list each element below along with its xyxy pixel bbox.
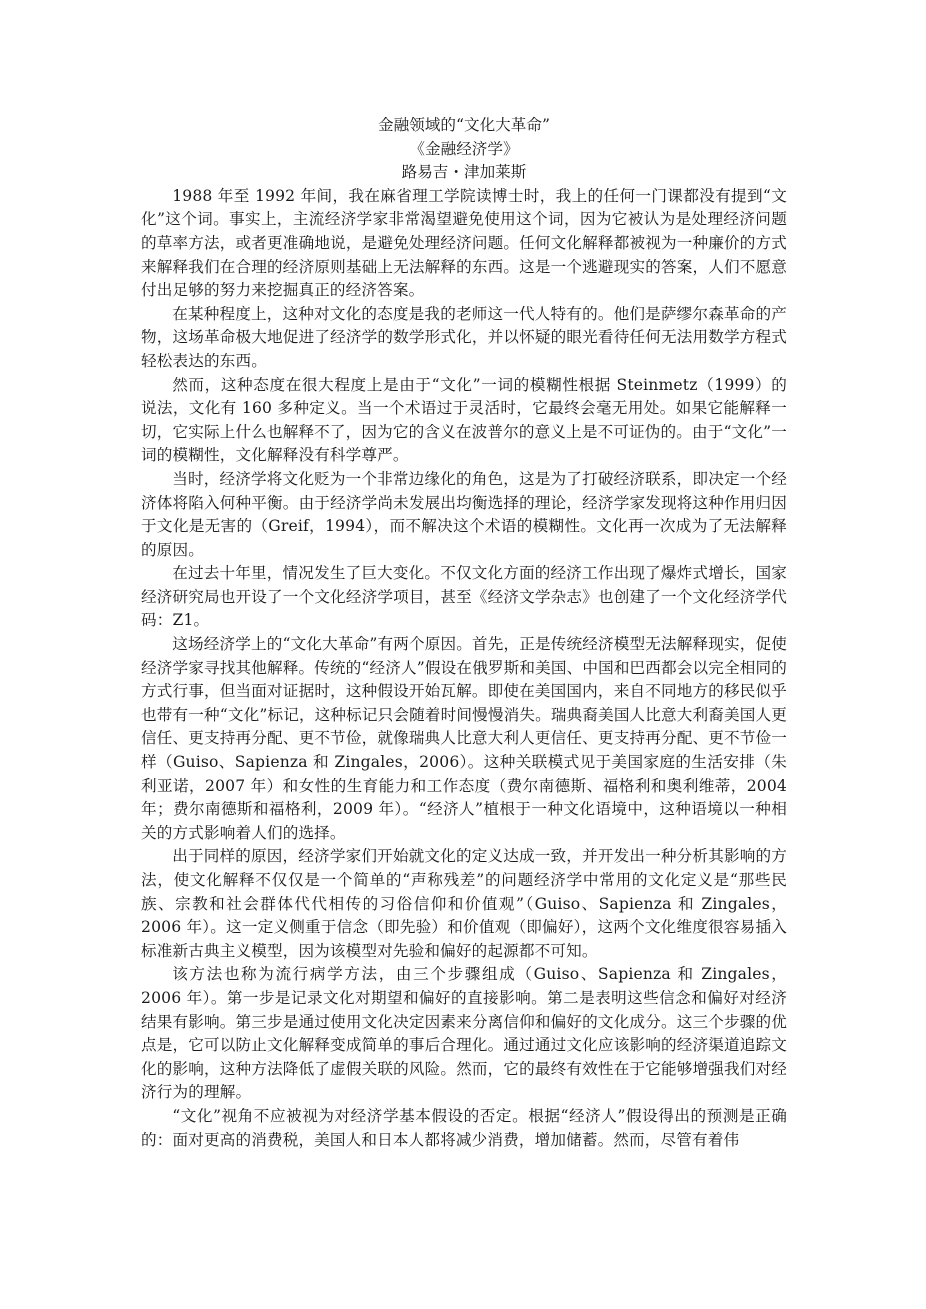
document-page: 金融领域的“文化大革命” 《金融经济学》 路易吉・津加莱斯 1988 年至 19… — [141, 114, 787, 1152]
document-subtitle: 《金融经济学》 — [141, 138, 787, 162]
paragraph-3: 然而，这种态度在很大程度上是由于“文化”一词的模糊性根据 Steinmetz（1… — [141, 374, 787, 468]
paragraph-4: 当时，经济学将文化贬为一个非常边缘化的角色，这是为了打破经济联系，即决定一个经济… — [141, 468, 787, 562]
document-author: 路易吉・津加莱斯 — [141, 161, 787, 185]
paragraph-9: “文化”视角不应被视为对经济学基本假设的否定。根据“经济人”假设得出的预测是正确… — [141, 1105, 787, 1152]
paragraph-1: 1988 年至 1992 年间，我在麻省理工学院读博士时，我上的任何一门课都没有… — [141, 185, 787, 303]
paragraph-6: 这场经济学上的“文化大革命”有两个原因。首先，正是传统经济模型无法解释现实，促使… — [141, 633, 787, 845]
paragraph-7: 出于同样的原因，经济学家们开始就文化的定义达成一致，并开发出一种分析其影响的方法… — [141, 845, 787, 963]
paragraph-5: 在过去十年里，情况发生了巨大变化。不仅文化方面的经济工作出现了爆炸式增长，国家经… — [141, 562, 787, 633]
paragraph-2: 在某种程度上，这种对文化的态度是我的老师这一代人特有的。他们是萨缪尔森革命的产物… — [141, 303, 787, 374]
document-title: 金融领域的“文化大革命” — [141, 114, 787, 138]
paragraph-8: 该方法也称为流行病学方法，由三个步骤组成（Guiso、Sapienza 和 Zi… — [141, 963, 787, 1105]
